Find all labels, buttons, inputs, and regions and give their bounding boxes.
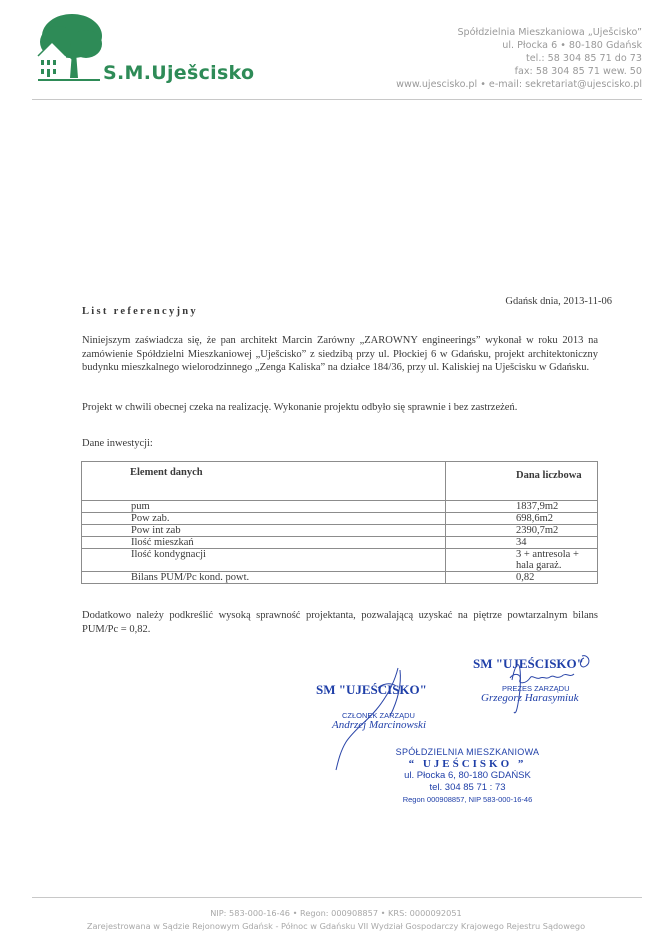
- table-row: Pow int zab2390,7m2: [82, 525, 598, 537]
- contact-web-email[interactable]: www.ujescisko.pl • e-mail: sekretariat@u…: [396, 78, 642, 91]
- table-cell-element: Pow zab.: [82, 513, 446, 525]
- seal-line-org: SPÓŁDZIELNIA MIESZKANIOWA: [390, 746, 545, 758]
- table-header-value: Dana liczbowa: [446, 462, 598, 501]
- table-cell-element: Pow int zab: [82, 525, 446, 537]
- paragraph-data-label: Dane inwestycji:: [82, 437, 598, 451]
- paragraph-closing: Dodatkowo należy podkreślić wysoką spraw…: [82, 609, 598, 636]
- table-cell-value: 1837,9m2: [446, 501, 598, 513]
- letter-title: List referencyjny: [82, 306, 198, 317]
- seal-line-name: “ UJEŚCISKO ”: [390, 758, 545, 770]
- footer-registration-ids: NIP: 583-000-16-46 • Regon: 000908857 • …: [0, 907, 672, 920]
- seal-line-address: ul. Płocka 6, 80-180 GDAŃSK: [390, 770, 545, 782]
- table-cell-element: Bilans PUM/Pc kond. powt.: [82, 572, 446, 584]
- contact-phone: tel.: 58 304 85 71 do 73: [396, 52, 642, 65]
- table-cell-element: Ilość mieszkań: [82, 537, 446, 549]
- table-header-element: Element danych: [82, 462, 446, 501]
- header-divider: [32, 99, 642, 100]
- paragraph-intro: Niniejszym zaświadcza się, że pan archit…: [82, 334, 598, 375]
- tree-and-house-icon: [34, 12, 106, 88]
- contact-fax: fax: 58 304 85 71 wew. 50: [396, 65, 642, 78]
- table-row: pum1837,9m2: [82, 501, 598, 513]
- table-row: Pow zab.698,6m2: [82, 513, 598, 525]
- paragraph-status: Projekt w chwili obecnej czeka na realiz…: [82, 401, 598, 415]
- table-row: Ilość kondygnacji3 + antresola + hala ga…: [82, 549, 598, 572]
- table-cell-value: 2390,7m2: [446, 525, 598, 537]
- table-header-row: Element danych Dana liczbowa: [82, 462, 598, 501]
- contact-address: ul. Płocka 6 • 80-180 Gdańsk: [396, 39, 642, 52]
- table-cell-value: 3 + antresola + hala garaż.: [446, 549, 598, 572]
- investment-data-table: Element danych Dana liczbowa pum1837,9m2…: [81, 461, 598, 584]
- table-cell-value: 34: [446, 537, 598, 549]
- signature-right-icon: [470, 650, 600, 720]
- contact-block: Spółdzielnia Mieszkaniowa „Uješcisko” ul…: [396, 26, 642, 91]
- table-row: Bilans PUM/Pc kond. powt.0,82: [82, 572, 598, 584]
- contact-org: Spółdzielnia Mieszkaniowa „Uješcisko”: [396, 26, 642, 39]
- brand-name: S.M.Uješcisko: [103, 62, 254, 84]
- table-cell-value: 698,6m2: [446, 513, 598, 525]
- footer-court-registration: Zarejestrowana w Sądzie Rejonowym Gdańsk…: [0, 920, 672, 933]
- table-cell-element: Ilość kondygnacji: [82, 549, 446, 572]
- table-cell-element: pum: [82, 501, 446, 513]
- table-row: Ilość mieszkań34: [82, 537, 598, 549]
- seal-line-phone: tel. 304 85 71 : 73: [390, 782, 545, 794]
- organization-seal: SPÓŁDZIELNIA MIESZKANIOWA “ UJEŚCISKO ” …: [390, 746, 545, 806]
- table-cell-value: 0,82: [446, 572, 598, 584]
- letter-date: Gdańsk dnia, 2013-11-06: [505, 296, 612, 307]
- footer-divider: [32, 897, 642, 898]
- footer: NIP: 583-000-16-46 • Regon: 000908857 • …: [0, 907, 672, 933]
- seal-line-ids: Regon 000908857, NIP 583-000-16-46: [390, 794, 545, 806]
